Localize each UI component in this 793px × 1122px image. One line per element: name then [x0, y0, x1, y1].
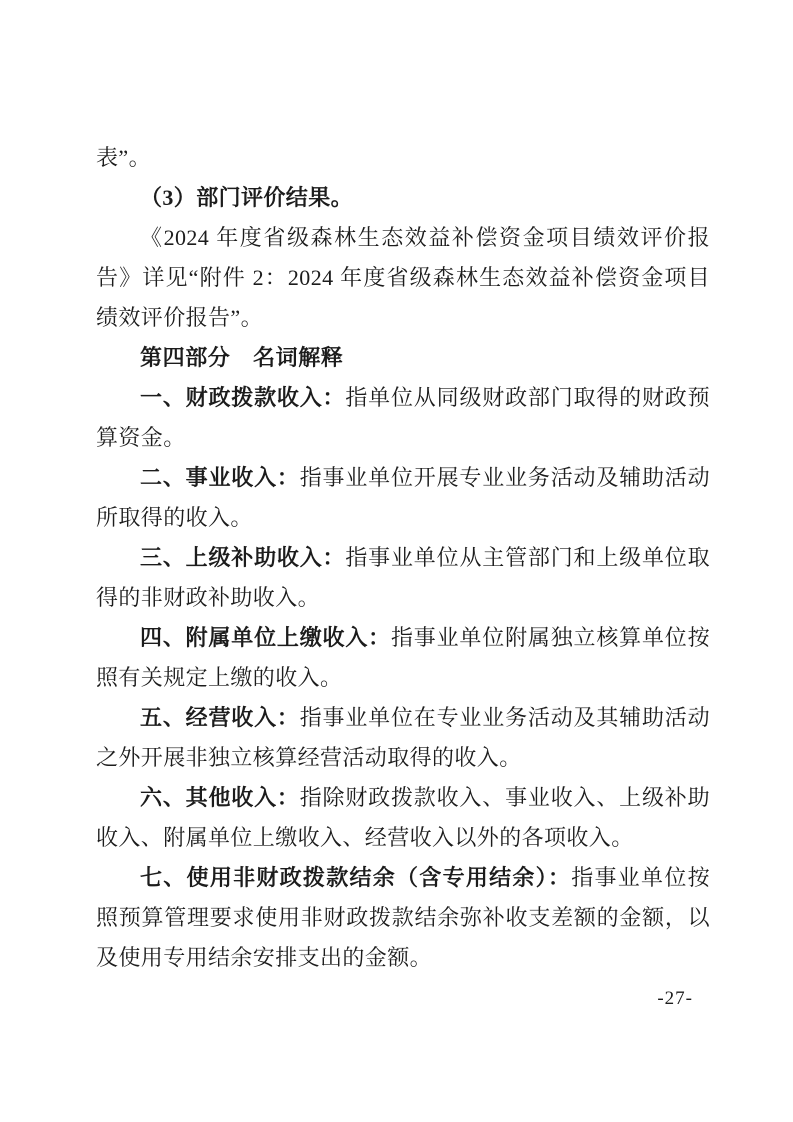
subsection-heading-dept-eval-result: （3）部门评价结果。: [96, 178, 710, 218]
term-name-6: 六、其他收入：: [140, 785, 300, 810]
term-paragraph-4: 四、附属单位上缴收入：指事业单位附属独立核算单位按照有关规定上缴的收入。: [96, 618, 710, 698]
paragraph-continuation: 表”。: [96, 138, 710, 178]
term-name-7: 七、使用非财政拨款结余（含专用结余）：: [140, 865, 571, 890]
term-name-4: 四、附属单位上缴收入：: [140, 625, 391, 650]
term-name-5: 五、经营收入：: [140, 705, 300, 730]
term-paragraph-6: 六、其他收入：指除财政拨款收入、事业收入、上级补助收入、附属单位上缴收入、经营收…: [96, 778, 710, 858]
term-paragraph-1: 一、财政拨款收入：指单位从同级财政部门取得的财政预算资金。: [96, 378, 710, 458]
term-paragraph-3: 三、上级补助收入：指事业单位从主管部门和上级单位取得的非财政补助收入。: [96, 538, 710, 618]
part4-section-heading: 第四部分 名词解释: [96, 338, 710, 378]
term-paragraph-7: 七、使用非财政拨款结余（含专用结余）：指事业单位按照预算管理要求使用非财政拨款结…: [96, 858, 710, 978]
term-paragraph-5: 五、经营收入：指事业单位在专业业务活动及其辅助活动之外开展非独立核算经营活动取得…: [96, 698, 710, 778]
term-name-3: 三、上级补助收入：: [140, 545, 345, 570]
document-body: 表”。 （3）部门评价结果。 《2024 年度省级森林生态效益补偿资金项目绩效评…: [96, 138, 710, 978]
term-name-1: 一、财政拨款收入：: [140, 385, 345, 410]
paragraph-report-reference: 《2024 年度省级森林生态效益补偿资金项目绩效评价报告》详见“附件 2：202…: [96, 218, 710, 338]
term-paragraph-2: 二、事业收入：指事业单位开展专业业务活动及辅助活动所取得的收入。: [96, 458, 710, 538]
term-name-2: 二、事业收入：: [140, 465, 300, 490]
document-page: 表”。 （3）部门评价结果。 《2024 年度省级森林生态效益补偿资金项目绩效评…: [0, 0, 793, 1122]
page-number: -27-: [657, 988, 693, 1010]
